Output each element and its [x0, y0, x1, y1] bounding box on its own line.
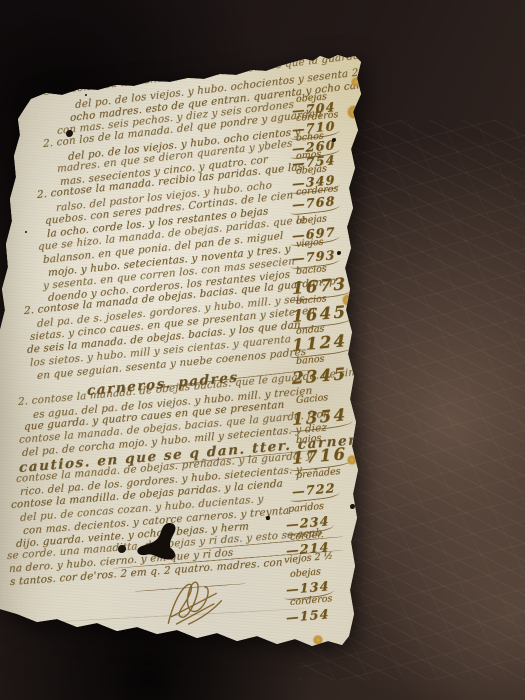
- edge-damage-spot: [351, 77, 361, 87]
- paper-speck: [204, 61, 207, 64]
- paper-speck: [266, 516, 269, 519]
- edge-damage-spot: [347, 455, 357, 465]
- ink-rule: [166, 450, 311, 465]
- photo-background: 581. con toda la manada. recibelos pasto…: [0, 0, 525, 700]
- ink-blot: [131, 517, 185, 567]
- edge-damage-spot: [313, 635, 323, 645]
- ink-rule: [148, 369, 315, 389]
- paper-sheet: 581. con toda la manada. recibelos pasto…: [0, 0, 525, 700]
- edge-damage-spot: [347, 105, 361, 119]
- manuscript-paper: 581. con toda la manada. recibelos pasto…: [0, 0, 525, 700]
- edge-damage-spot: [342, 294, 354, 306]
- paper-speck: [66, 130, 73, 137]
- ink-rule: [196, 536, 344, 550]
- ink-rules: [0, 0, 525, 700]
- paper-speck: [350, 504, 355, 509]
